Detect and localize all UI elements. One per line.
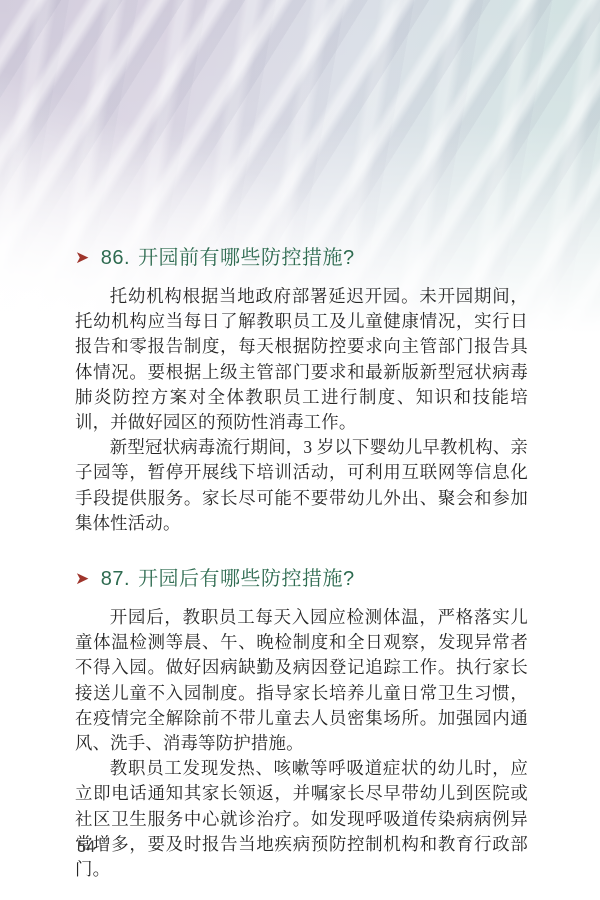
qa-section-87: ➤ 87. 开园后有哪些防控措施? 开园后，教职员工每天入园应检测体温，严格落实… [75, 567, 528, 882]
question-title: 开园后有哪些防控措施? [138, 567, 355, 591]
question-heading-86: ➤ 86. 开园前有哪些防控措施? [75, 246, 528, 271]
qa-section-86: ➤ 86. 开园前有哪些防控措施? 托幼机构根据当地政府部署延迟开园。未开园期间… [75, 246, 528, 536]
paragraph: 托幼机构根据当地政府部署延迟开园。未开园期间，托幼机构应当每日了解教职员工及儿童… [75, 284, 528, 435]
page-content: ➤ 86. 开园前有哪些防控措施? 托幼机构根据当地政府部署延迟开园。未开园期间… [75, 246, 528, 882]
question-title: 开园前有哪些防控措施? [138, 246, 355, 270]
question-number: 86. [101, 246, 130, 270]
paragraph: 新型冠状病毒流行期间，3 岁以下婴幼儿早教机构、亲子园等，暂停开展线下培训活动，… [75, 435, 528, 536]
book-page: ➤ 86. 开园前有哪些防控措施? 托幼机构根据当地政府部署延迟开园。未开园期间… [0, 0, 600, 900]
paragraph: 教职员工发现发热、咳嗽等呼吸道症状的幼儿时，应立即电话通知其家长领返，并嘱家长尽… [75, 756, 528, 882]
question-heading-87: ➤ 87. 开园后有哪些防控措施? [75, 567, 528, 592]
paragraph: 开园后，教职员工每天入园应检测体温，严格落实儿童体温检测等晨、午、晚检制度和全日… [75, 605, 528, 756]
arrow-bullet-icon: ➤ [75, 246, 90, 270]
page-number: 54 [77, 838, 95, 857]
question-number: 87. [101, 567, 130, 591]
arrow-bullet-icon: ➤ [75, 567, 90, 591]
